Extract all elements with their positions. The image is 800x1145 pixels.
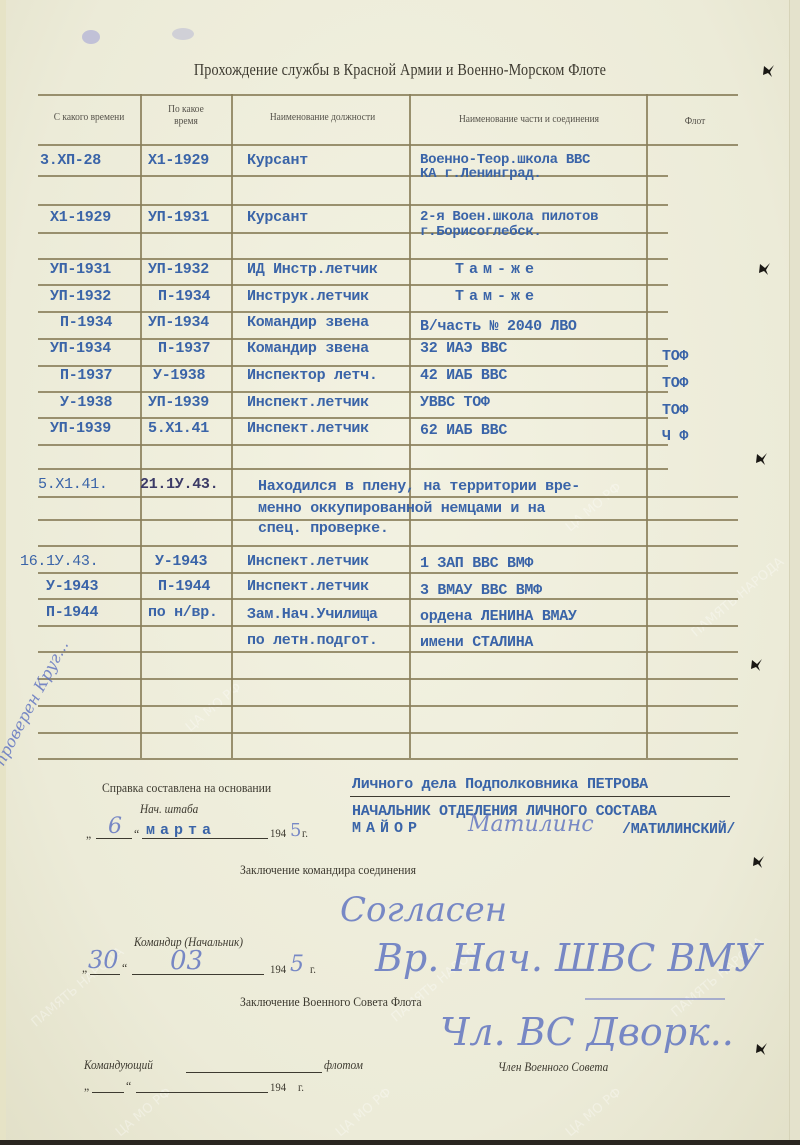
basis-year-suffix: 5 bbox=[290, 820, 301, 841]
commander-section-heading: Заключение командира соединения bbox=[240, 862, 416, 878]
cell-to: по н/вр. bbox=[148, 604, 218, 621]
basis-month: марта bbox=[146, 822, 216, 839]
row-line bbox=[38, 651, 738, 653]
punch-hole bbox=[750, 658, 764, 672]
day-underline bbox=[90, 974, 120, 975]
commander-handwritten-signature: Вр. Нач. ШВС ВМУ bbox=[375, 936, 762, 980]
col-divider bbox=[646, 94, 648, 758]
cell-from: П-1944 bbox=[46, 604, 98, 621]
cell-position: ИД Инстр.летчик bbox=[247, 261, 378, 278]
council-year-unit: г. bbox=[298, 1080, 304, 1095]
row-line bbox=[38, 732, 738, 734]
cell-to: У-1943 bbox=[155, 553, 207, 570]
cell-to: У-1938 bbox=[153, 367, 205, 384]
cell-to: П-1937 bbox=[158, 340, 210, 357]
row-line bbox=[38, 705, 738, 707]
row-line bbox=[38, 545, 738, 547]
cell-from: 5.X1.41. bbox=[38, 476, 108, 493]
cell-to: X1-1929 bbox=[148, 152, 209, 169]
punch-hole bbox=[755, 452, 769, 466]
ink-smudge bbox=[82, 30, 100, 44]
row-line bbox=[38, 258, 668, 260]
fleet-label: флотом bbox=[324, 1058, 363, 1073]
cell-position: Курсант bbox=[247, 209, 308, 226]
cell-unit: 1 ЗАП ВВС ВМФ bbox=[420, 555, 533, 572]
note-line: Находился в плену, на территории вре- bbox=[258, 478, 580, 495]
date-quote-open: „ bbox=[86, 826, 91, 842]
basis-year-unit: г. bbox=[302, 826, 308, 841]
basis-label: Справка составлена на основании bbox=[102, 780, 271, 796]
punch-hole bbox=[762, 64, 776, 78]
cell-to: УП-1931 bbox=[148, 209, 209, 226]
cell-position: Инспект.летчик bbox=[247, 553, 369, 570]
cell-from: П-1937 bbox=[60, 367, 112, 384]
signer-signature: Матилинс bbox=[468, 812, 594, 837]
cell-unit: 42 ИАБ ВВС bbox=[420, 367, 507, 384]
col-header-to: По какое время bbox=[163, 104, 210, 128]
cell-position: Инспектор летч. bbox=[247, 367, 378, 384]
date-quote-close: “ bbox=[126, 1078, 131, 1094]
ink-smudge bbox=[172, 28, 194, 40]
month-underline bbox=[136, 1092, 268, 1093]
cell-fleet: Ч Ф bbox=[662, 428, 688, 445]
cell-position: Инспект.летчик bbox=[247, 420, 369, 437]
council-section-heading: Заключение Военного Совета Флота bbox=[240, 994, 422, 1010]
note-line: спец. проверке. bbox=[258, 520, 389, 537]
basis-day: 6 bbox=[108, 814, 122, 839]
row-line bbox=[38, 444, 668, 446]
cell-unit-line2: имени СТАЛИНА bbox=[420, 634, 533, 651]
col-divider bbox=[409, 94, 411, 758]
cell-unit-line2: КА г.Ленинград. bbox=[420, 166, 542, 183]
cell-to: УП-1939 bbox=[148, 394, 209, 411]
cell-fleet: ТОФ bbox=[662, 375, 688, 392]
cell-position: Инспект.летчик bbox=[247, 394, 369, 411]
cell-from: 16.1У.43. bbox=[20, 553, 98, 570]
cell-fleet: ТОФ bbox=[662, 402, 688, 419]
cell-unit: В/часть № 2040 ЛВО bbox=[420, 318, 577, 335]
cell-unit: 62 ИАБ ВВС bbox=[420, 422, 507, 439]
cell-to: П-1934 bbox=[158, 288, 210, 305]
cell-from: П-1934 bbox=[60, 314, 112, 331]
row-line bbox=[38, 598, 738, 600]
col-header-from: С какого времени bbox=[41, 112, 136, 124]
row-line bbox=[38, 284, 668, 286]
commander-year-unit: г. bbox=[310, 962, 316, 977]
cell-unit: 32 ИАЭ ВВС bbox=[420, 340, 507, 357]
cell-unit: 3 ВМАУ ВВС ВМФ bbox=[420, 582, 542, 599]
col-divider bbox=[231, 94, 233, 758]
cell-from: 3.XП-28 bbox=[40, 152, 101, 169]
row-line bbox=[38, 175, 668, 177]
cell-to: УП-1934 bbox=[148, 314, 209, 331]
row-line bbox=[38, 468, 668, 470]
cell-from: УП-1932 bbox=[50, 288, 111, 305]
council-handwritten-signature: Чл. ВС Дворк.. bbox=[440, 1010, 734, 1054]
page-edge-right bbox=[789, 0, 800, 1145]
cell-to: УП-1932 bbox=[148, 261, 209, 278]
row-line bbox=[38, 232, 668, 234]
watermark: ЦА МО РФ bbox=[183, 680, 245, 735]
cell-unit: Там-же bbox=[455, 261, 539, 278]
commander-handwritten-approval: Согласен bbox=[340, 890, 507, 930]
cell-from: У-1943 bbox=[46, 578, 98, 595]
cell-position: Курсант bbox=[247, 152, 308, 169]
watermark: ЦА МО РФ bbox=[113, 1085, 175, 1140]
watermark: ЦА МО РФ bbox=[563, 1085, 625, 1140]
page-edge-left bbox=[0, 0, 6, 1145]
row-line bbox=[38, 678, 738, 680]
cell-from: X1-1929 bbox=[50, 209, 111, 226]
row-line bbox=[38, 758, 738, 760]
cell-position: Инспект.летчик bbox=[247, 578, 369, 595]
col-header-position: Наименование должности bbox=[248, 112, 397, 124]
cell-position: Командир звена bbox=[247, 340, 369, 357]
basis-year-prefix: 194 bbox=[270, 826, 286, 841]
fleet-commander-underline bbox=[186, 1072, 322, 1073]
date-quote-open: „ bbox=[84, 1078, 89, 1094]
col-divider bbox=[140, 94, 142, 758]
commander-day: 30 bbox=[88, 946, 119, 974]
commander-year-suffix: 5 bbox=[290, 952, 304, 977]
cell-from: УП-1934 bbox=[50, 340, 111, 357]
basis-underline bbox=[350, 796, 730, 797]
margin-handwritten-note: проверен Круг... bbox=[0, 637, 72, 769]
punch-hole bbox=[752, 855, 766, 869]
row-line bbox=[38, 311, 668, 313]
cell-unit: УВВС ТОФ bbox=[420, 394, 490, 411]
cell-position: Зам.Нач.Училища bbox=[247, 606, 378, 623]
note-line: менно оккупированной немцами и на bbox=[258, 500, 545, 517]
fleet-commander-label: Командующий bbox=[84, 1058, 153, 1073]
document-page: ЦА МО РФ ЦА МО РФ ЦА МО РФ ЦА МО РФ ЦА М… bbox=[0, 0, 800, 1145]
cell-position: Инструк.летчик bbox=[247, 288, 369, 305]
commander-year-prefix: 194 bbox=[270, 962, 286, 977]
cell-from: УП-1939 bbox=[50, 420, 111, 437]
page-edge-bottom bbox=[0, 1140, 800, 1145]
cell-fleet: ТОФ bbox=[662, 348, 688, 365]
row-line bbox=[38, 391, 668, 393]
cell-unit: Там-же bbox=[455, 288, 539, 305]
cell-to: 5.X1.41 bbox=[148, 420, 209, 437]
commander-month: 03 bbox=[170, 946, 203, 976]
table-header-bottom bbox=[38, 144, 738, 146]
col-header-fleet: Флот bbox=[655, 116, 736, 128]
council-overline bbox=[585, 998, 725, 1000]
cell-position: Командир звена bbox=[247, 314, 369, 331]
date-quote-close: “ bbox=[122, 960, 127, 976]
col-header-unit: Наименование части и соединения bbox=[424, 114, 635, 126]
row-line bbox=[38, 625, 738, 627]
chief-of-staff-label: Нач. штаба bbox=[140, 802, 198, 817]
row-line bbox=[38, 572, 738, 574]
cell-to: 21.1У.43. bbox=[140, 476, 218, 493]
cell-position-line2: по летн.подгот. bbox=[247, 632, 378, 649]
cell-from: У-1938 bbox=[60, 394, 112, 411]
basis-value: Личного дела Подполковника ПЕТРОВА bbox=[352, 776, 648, 793]
page-title: Прохождение службы в Красной Армии и Вое… bbox=[56, 60, 744, 80]
cell-to: П-1944 bbox=[158, 578, 210, 595]
date-quote-open: „ bbox=[82, 960, 87, 976]
row-line bbox=[38, 496, 738, 498]
cell-from: УП-1931 bbox=[50, 261, 111, 278]
row-line bbox=[38, 417, 668, 419]
day-underline bbox=[92, 1092, 124, 1093]
cell-unit: ордена ЛЕНИНА ВМАУ bbox=[420, 608, 577, 625]
punch-hole bbox=[755, 1042, 769, 1056]
date-quote-close: “ bbox=[134, 826, 139, 842]
cell-unit-line2: г.Борисоглебск. bbox=[420, 224, 542, 241]
table-top-border bbox=[38, 94, 738, 96]
watermark: ЦА МО РФ bbox=[333, 1085, 395, 1140]
council-year-prefix: 194 bbox=[270, 1080, 286, 1095]
signer-rank: МАЙОР bbox=[352, 820, 422, 837]
punch-hole bbox=[758, 262, 772, 276]
signer-name: /МАТИЛИНСКИЙ/ bbox=[622, 821, 735, 838]
row-line bbox=[38, 204, 668, 206]
council-member-label: Член Военного Совета bbox=[498, 1060, 608, 1075]
